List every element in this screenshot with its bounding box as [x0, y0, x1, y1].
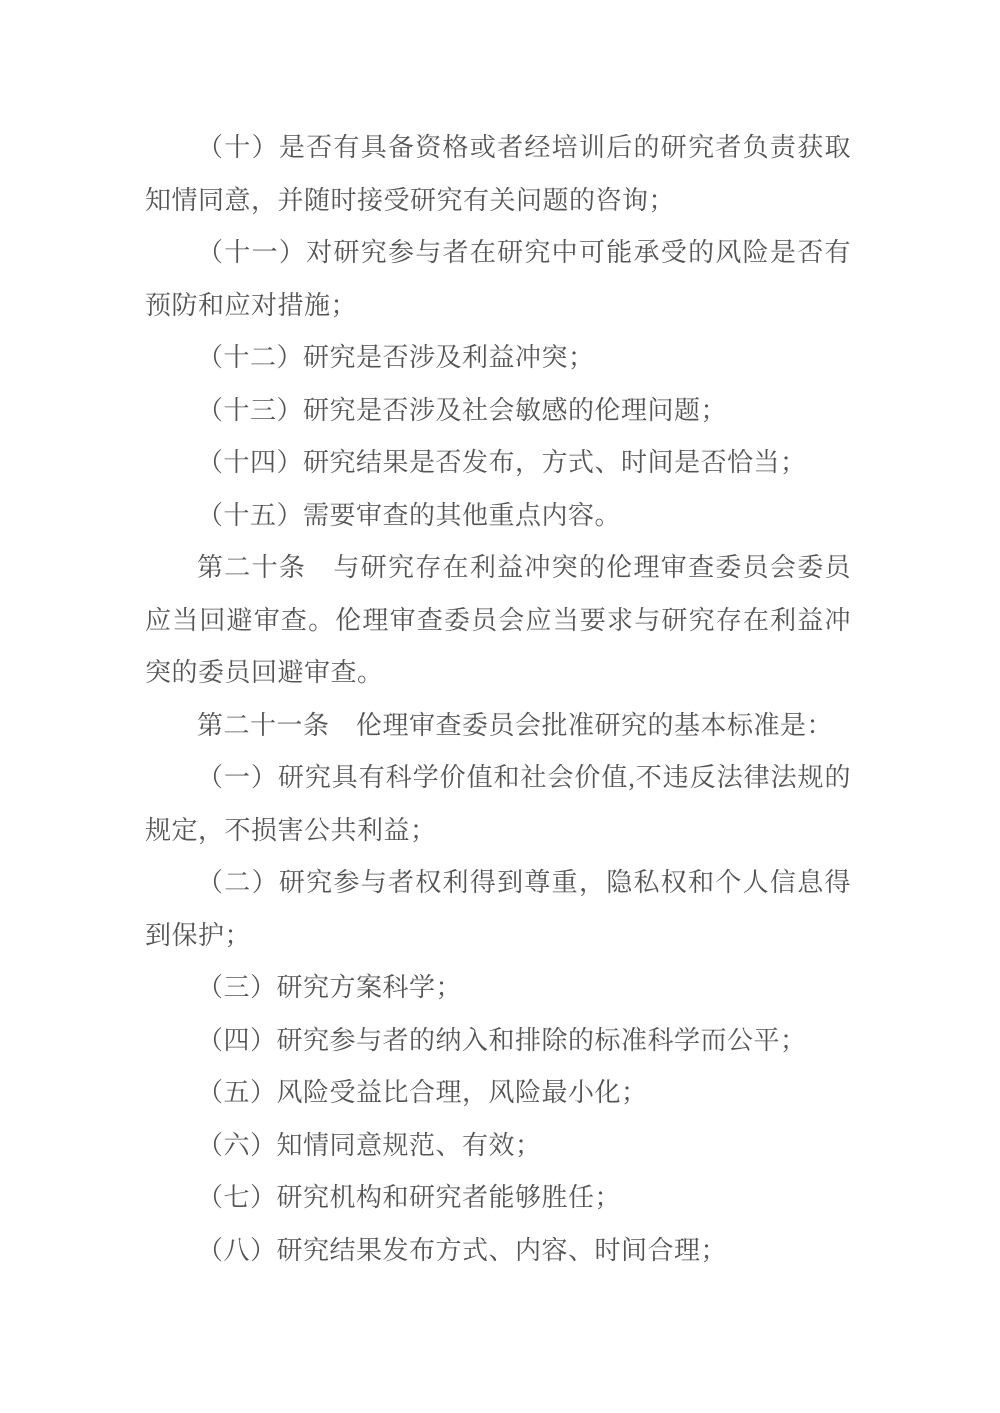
text-line: （三）研究方案科学；	[145, 962, 851, 1015]
text-line: （四）研究参与者的纳入和排除的标准科学而公平；	[145, 1015, 851, 1068]
text-line: （一）研究具有科学价值和社会价值,不违反法律法规的	[145, 752, 851, 805]
text-line: 第二十一条 伦理审查委员会批准研究的基本标准是：	[145, 700, 851, 753]
text-line: 规定，不损害公共利益；	[145, 805, 851, 858]
text-line: （十二）研究是否涉及利益冲突；	[145, 332, 851, 385]
text-line: （八）研究结果发布方式、内容、时间合理；	[145, 1225, 851, 1278]
text-line: （五）风险受益比合理，风险最小化；	[145, 1067, 851, 1120]
document-page: （十）是否有具备资格或者经培训后的研究者负责获取 知情同意，并随时接受研究有关问…	[0, 0, 1000, 1413]
text-line: （十四）研究结果是否发布，方式、时间是否恰当；	[145, 437, 851, 490]
text-line: 第二十条 与研究存在利益冲突的伦理审查委员会委员	[145, 542, 851, 595]
text-line: （十一）对研究参与者在研究中可能承受的风险是否有	[145, 227, 851, 280]
text-line: （二）研究参与者权利得到尊重，隐私权和个人信息得	[145, 857, 851, 910]
text-line: 到保护；	[145, 910, 851, 963]
text-line: 知情同意，并随时接受研究有关问题的咨询；	[145, 175, 851, 228]
text-line: 预防和应对措施；	[145, 280, 851, 333]
text-column: （十）是否有具备资格或者经培训后的研究者负责获取 知情同意，并随时接受研究有关问…	[145, 122, 851, 1277]
text-line: （十五）需要审查的其他重点内容。	[145, 490, 851, 543]
text-line: （十三）研究是否涉及社会敏感的伦理问题；	[145, 385, 851, 438]
text-line: 应当回避审查。伦理审查委员会应当要求与研究存在利益冲	[145, 595, 851, 648]
text-line: （七）研究机构和研究者能够胜任；	[145, 1172, 851, 1225]
text-line: 突的委员回避审查。	[145, 647, 851, 700]
text-line: （十）是否有具备资格或者经培训后的研究者负责获取	[145, 122, 851, 175]
text-line: （六）知情同意规范、有效；	[145, 1120, 851, 1173]
